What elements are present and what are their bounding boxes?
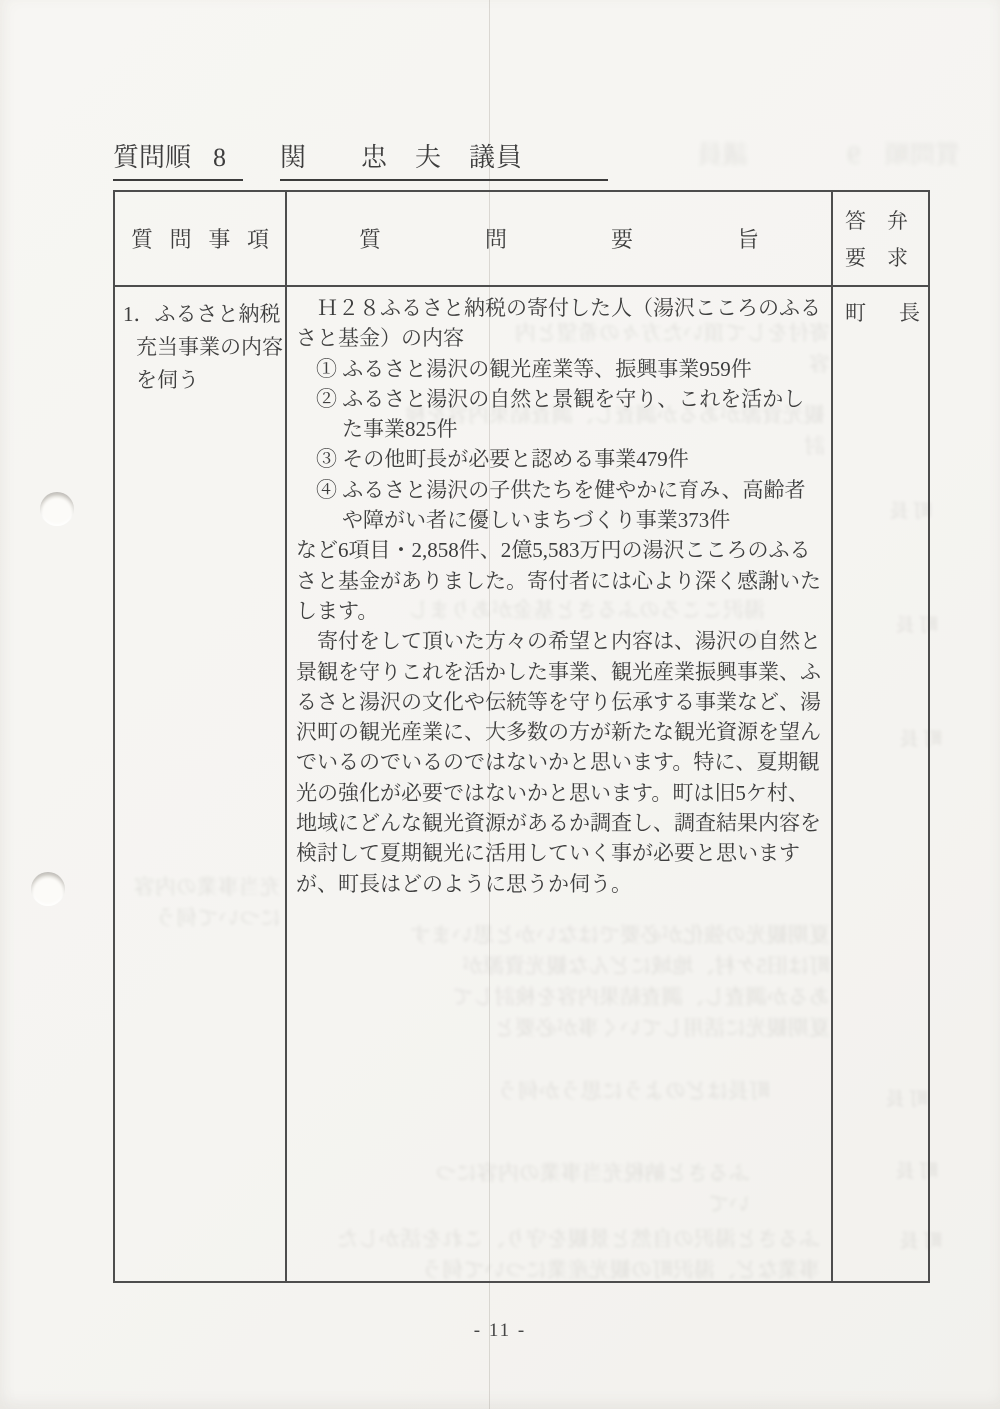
question-order-label: 質問順	[113, 137, 191, 174]
col-header-answer-request: 答 弁 要 求	[833, 192, 928, 287]
question-item-line: を伺う	[123, 364, 279, 397]
summary-numbered-items: ① ふるさと湯沢の観光産業等、振興事業959件② ふるさと湯沢の自然と景観を守り…	[296, 354, 823, 536]
summary-numbered-item: ② ふるさと湯沢の自然と景観を守り、これを活かした事業825件	[342, 384, 823, 445]
cell-question-summary: Ｈ２８ふるさと納税の寄付した人（湯沢こころのふるさと基金）の内容 ① ふるさと湯…	[287, 287, 833, 1281]
col-header-question-item: 質問事項	[115, 192, 287, 287]
summary-numbered-item: ③ その他町長が必要と認める事業479件	[342, 444, 823, 474]
summary-numbered-item: ① ふるさと湯沢の観光産業等、振興事業959件	[342, 354, 823, 384]
header-char: 質	[131, 223, 153, 254]
cell-question-item: 1．ふるさと納税充当事業の内容を伺う	[115, 287, 287, 1281]
cell-answerer: 町 長	[833, 287, 928, 1281]
header-char: 旨	[737, 223, 759, 254]
header-char: 質	[359, 223, 381, 254]
hole-punch-top	[40, 492, 74, 526]
answer-request-line1: 答 弁	[845, 205, 916, 235]
header-char: 問	[170, 223, 192, 254]
question-item-line: 1．ふるさと納税	[123, 298, 279, 331]
question-item-line: 充当事業の内容	[123, 331, 279, 364]
summary-numbered-item: ④ ふるさと湯沢の子供たちを健やかに育み、高齢者や障がい者に優しいまちづくり事業…	[342, 475, 823, 536]
summary-paragraph-1: Ｈ２８ふるさと納税の寄付した人（湯沢こころのふるさと基金）の内容	[296, 293, 823, 354]
question-order-number: 8	[213, 143, 226, 173]
member-name: 関 忠 夫 議員	[280, 137, 608, 181]
page-number: - 11 -	[0, 1320, 1000, 1342]
question-table: 質問事項 質問要旨 答 弁 要 求 1．ふるさと納税充当事業の内容を伺う Ｈ２８…	[113, 190, 930, 1283]
bleedthrough-header: 質問順 9 議員	[620, 140, 960, 171]
summary-paragraph-2: など6項目・2,858件、2億5,583万円の湯沢こころのふるさと基金がありまし…	[296, 535, 823, 626]
header-char: 事	[208, 223, 230, 254]
scanned-document-page: 質問順 9 議員 寄付をして頂いた方々の希望と内容 観光資源があるか調査し、調査…	[0, 0, 1000, 1409]
question-order: 質問順 8	[113, 137, 243, 181]
header-char: 項	[247, 223, 269, 254]
summary-paragraph-3: 寄付をして頂いた方々の希望と内容は、湯沢の自然と景観を守りこれを活かした事業、観…	[296, 626, 823, 899]
hole-punch-bottom	[31, 872, 65, 906]
col-header-question-summary: 質問要旨	[287, 192, 833, 287]
header-char: 要	[611, 223, 633, 254]
answer-request-line2: 要 求	[845, 242, 916, 272]
header-char: 問	[485, 223, 507, 254]
